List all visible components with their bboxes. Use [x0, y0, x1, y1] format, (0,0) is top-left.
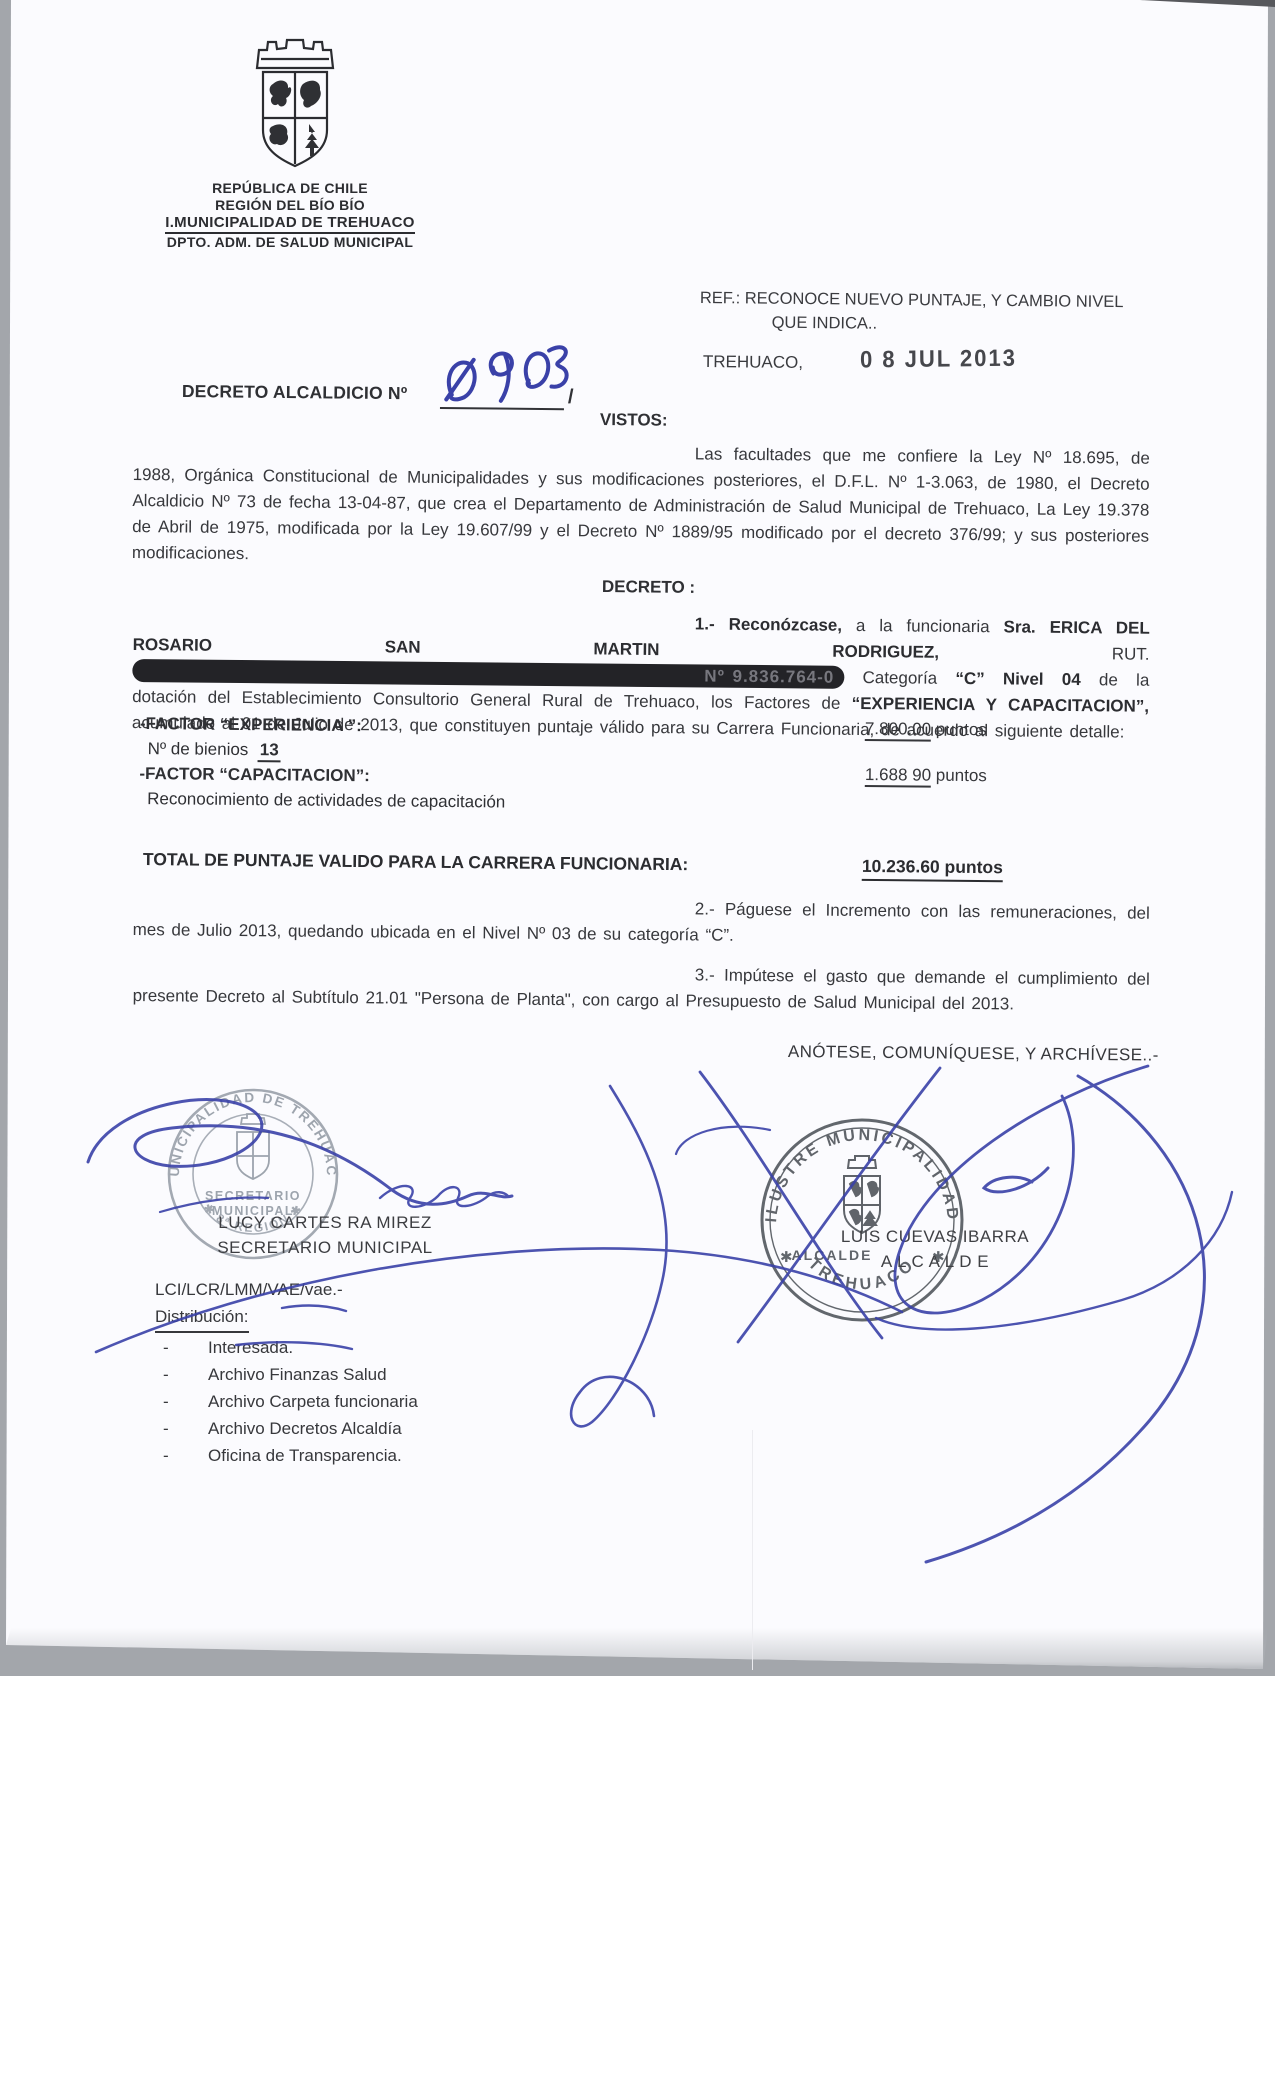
vistos-heading: VISTOS: — [600, 410, 668, 431]
alcalde-name: LUIS CUEVAS IBARRA — [805, 1224, 1065, 1249]
handwritten-decree-number — [436, 342, 576, 412]
p1-seg2: a la funcionaria — [842, 616, 1004, 637]
total-value: 10.236.60 puntos — [862, 856, 1003, 882]
decreto-heading: DECRETO : — [602, 577, 695, 598]
list-item-text: Archivo Carpeta funcionaria — [208, 1388, 418, 1415]
distribution-label: Distribución: — [155, 1303, 249, 1333]
letterhead-region: REGIÓN DEL BÍO BÍO — [130, 197, 450, 214]
secretario-name-block: LUCY CARTES RA MIREZ SECRETARIO MUNICIPA… — [175, 1210, 475, 1260]
alcalde-title: A L C A L D E — [805, 1249, 1065, 1274]
redacted-rut: Nº 9.836.764-0 — [132, 659, 844, 689]
ref-block: REF.: RECONOCE NUEVO PUNTAJE, Y CAMBIO N… — [700, 286, 1220, 339]
ref-line2: QUE INDICA.. — [700, 310, 1220, 339]
vistos-paragraph: Las facultades que me confiere la Ley Nº… — [132, 436, 1150, 576]
p3-rest: presente Decreto al Subtítulo 21.01 "Per… — [133, 986, 1015, 1013]
municipal-crest-icon — [243, 34, 347, 180]
paragraph-2: 2.- Páguese el Incremento con las remune… — [133, 891, 1150, 953]
p1-factors: “EXPERIENCIA Y CAPACITACION”, — [852, 694, 1150, 716]
initials-line: LCI/LCR/LMM/VAE/vae.- — [155, 1276, 575, 1303]
letterhead-country: REPÚBLICA DE CHILE — [130, 180, 450, 197]
p1-seg4: Categoría — [844, 668, 955, 688]
left-stamp-center-line1: SECRETARIO — [205, 1189, 301, 1203]
experience-points: 7.800.00 puntos — [865, 719, 987, 740]
decree-number-label: DECRETO ALCALDICIO Nº — [182, 381, 408, 404]
experience-points-suffix: puntos — [931, 720, 987, 740]
list-dash: - — [155, 1361, 208, 1388]
p3-first: 3.- Impútese el gasto que demande el cum… — [695, 965, 1150, 988]
date-stamp: 0 8 JUL 2013 — [860, 344, 1017, 374]
list-item: -Archivo Finanzas Salud — [155, 1361, 575, 1388]
page-margin-white — [0, 1676, 1275, 2100]
p2-first: 2.- Páguese el Incremento con las remune… — [695, 899, 1150, 922]
list-dash: - — [155, 1415, 208, 1442]
list-dash: - — [155, 1442, 208, 1469]
paragraph-3: 3.- Impútese el gasto que demande el cum… — [133, 957, 1150, 1019]
p2-rest: mes de Julio 2013, quedando ubicada en e… — [133, 920, 734, 945]
experience-points-value: 7.800.00 — [865, 719, 931, 742]
list-item-text: Archivo Decretos Alcaldía — [208, 1415, 402, 1442]
distribution-list: -Interesada. -Archivo Finanzas Salud -Ar… — [155, 1334, 575, 1469]
list-item-text: Oficina de Transparencia. — [208, 1442, 402, 1469]
list-item: -Archivo Carpeta funcionaria — [155, 1388, 575, 1415]
bienios-value: 13 — [258, 740, 281, 762]
list-item: -Oficina de Transparencia. — [155, 1442, 575, 1469]
list-dash: - — [155, 1388, 208, 1415]
letterhead-municipality: I.MUNICIPALIDAD DE TREHUACO — [165, 214, 414, 234]
footer-block: LCI/LCR/LMM/VAE/vae.- Distribución: -Int… — [155, 1276, 575, 1469]
p1-category: “C” Nivel 04 — [955, 669, 1080, 689]
p1-number: 1.- Reconózcase, — [695, 614, 842, 634]
secretario-name: LUCY CARTES RA MIREZ — [175, 1210, 475, 1235]
list-item: -Archivo Decretos Alcaldía — [155, 1415, 575, 1442]
decree-number-slash: / — [568, 386, 574, 409]
total-label: TOTAL DE PUNTAJE VALIDO PARA LA CARRERA … — [143, 849, 689, 874]
letterhead-department: DPTO. ADM. DE SALUD MUNICIPAL — [130, 234, 450, 251]
bienios-label: Nº de bienios — [148, 739, 249, 759]
alcalde-stamp: ILUSTRE MUNICIPALIDAD TREHUACO ✱ ✱ ALCAL… — [752, 1110, 972, 1330]
closing-formula: ANÓTESE, COMUNÍQUESE, Y ARCHÍVESE..- — [788, 1042, 1159, 1066]
list-item-text: Archivo Finanzas Salud — [208, 1361, 387, 1388]
alcalde-name-block: LUIS CUEVAS IBARRA A L C A L D E — [805, 1224, 1065, 1274]
list-dash: - — [155, 1334, 208, 1361]
scanned-decree-page: REPÚBLICA DE CHILE REGIÓN DEL BÍO BÍO I.… — [0, 0, 1275, 2100]
letterhead: REPÚBLICA DE CHILE REGIÓN DEL BÍO BÍO I.… — [130, 180, 450, 251]
capacitacion-points: 1.688 90 puntos — [865, 765, 987, 786]
list-item: -Interesada. — [155, 1334, 575, 1361]
p1-seg3: RUT. — [939, 643, 1150, 664]
paper-fold-line — [752, 1430, 753, 1670]
factors-block: -FACTOR “EXPERIENCIA ”: Nº de bienios 13… — [139, 711, 860, 818]
list-item-text: Interesada. — [208, 1334, 293, 1361]
capacitacion-points-suffix: puntos — [931, 766, 987, 786]
capacitacion-points-value: 1.688 90 — [865, 765, 931, 788]
secretario-title: SECRETARIO MUNICIPAL — [175, 1235, 475, 1260]
place-line: TREHUACO, — [703, 352, 803, 373]
